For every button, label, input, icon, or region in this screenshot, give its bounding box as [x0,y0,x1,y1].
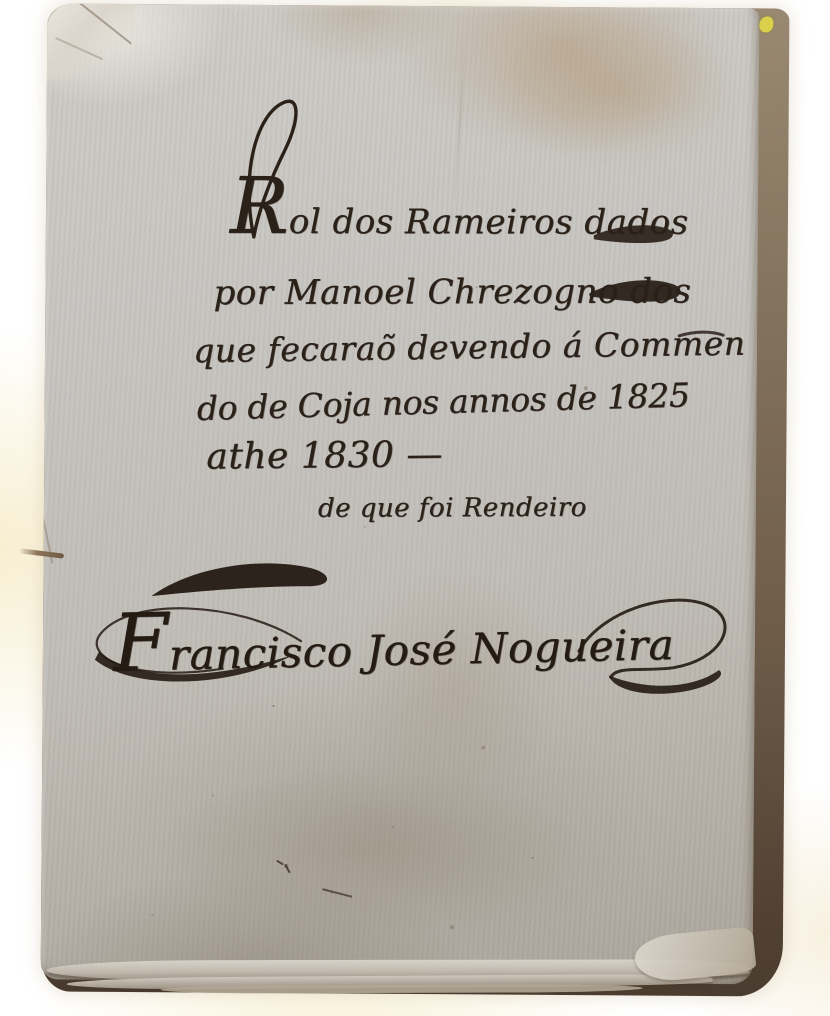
signature-top-flourish-icon [151,563,327,598]
manuscript-book: Rol dos Rameiros dados por Manoel Chrezo… [41,3,790,996]
handwritten-line-5: athe 1830 — [206,434,443,477]
photo-scene: Rol dos Rameiros dados por Manoel Chrezo… [0,0,830,1016]
stain-top-right [486,16,747,168]
handwritten-line-1: Rol dos Rameiros dados [230,202,689,243]
stain-middle [342,566,564,808]
front-cover-page: Rol dos Rameiros dados por Manoel Chrezo… [41,3,760,984]
handwritten-line-4: do de Coja nos annos de 1825 [196,375,690,428]
handwritten-line-3: que fecaraõ devendo á Commen [193,324,746,371]
yellow-speck [759,16,773,32]
signature: Francisco José Nogueira [112,620,674,681]
corner-tear-top-left [41,3,136,80]
stray-ink-mark-icon [277,861,289,872]
fold-line [454,40,466,210]
stray-ink-mark-icon [323,889,351,896]
worn-page-edge [161,984,643,994]
stain-bottom [161,764,582,937]
handwritten-line-6: de que foi Rendeiro [318,493,587,524]
handwritten-line-2: por Manoel Chrezogno dos [213,271,691,313]
dirt-specks [273,705,275,707]
signature-right-tail-icon [609,669,721,694]
